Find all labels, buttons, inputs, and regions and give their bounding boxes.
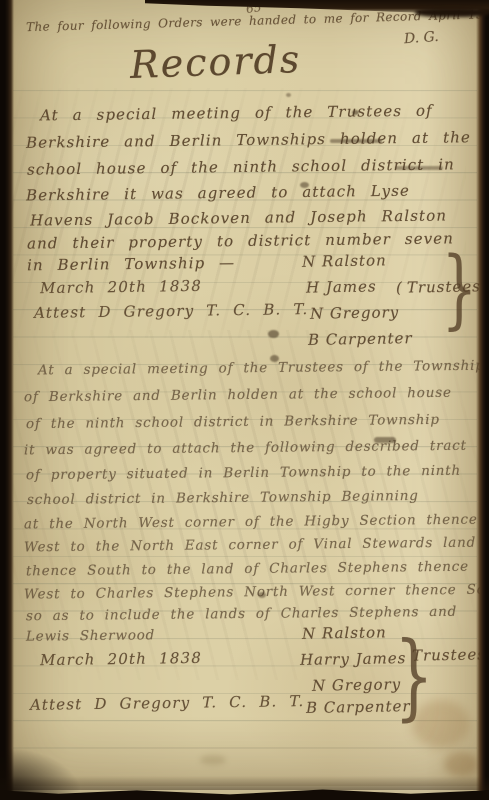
binding-edge-left [0, 0, 14, 800]
corner-shadow [0, 748, 80, 794]
page-edge-right [476, 0, 489, 800]
vignette [0, 0, 489, 800]
page-edge-top-streak [415, 8, 489, 17]
ledger-page: 65 The four following Orders were handed… [0, 0, 489, 800]
